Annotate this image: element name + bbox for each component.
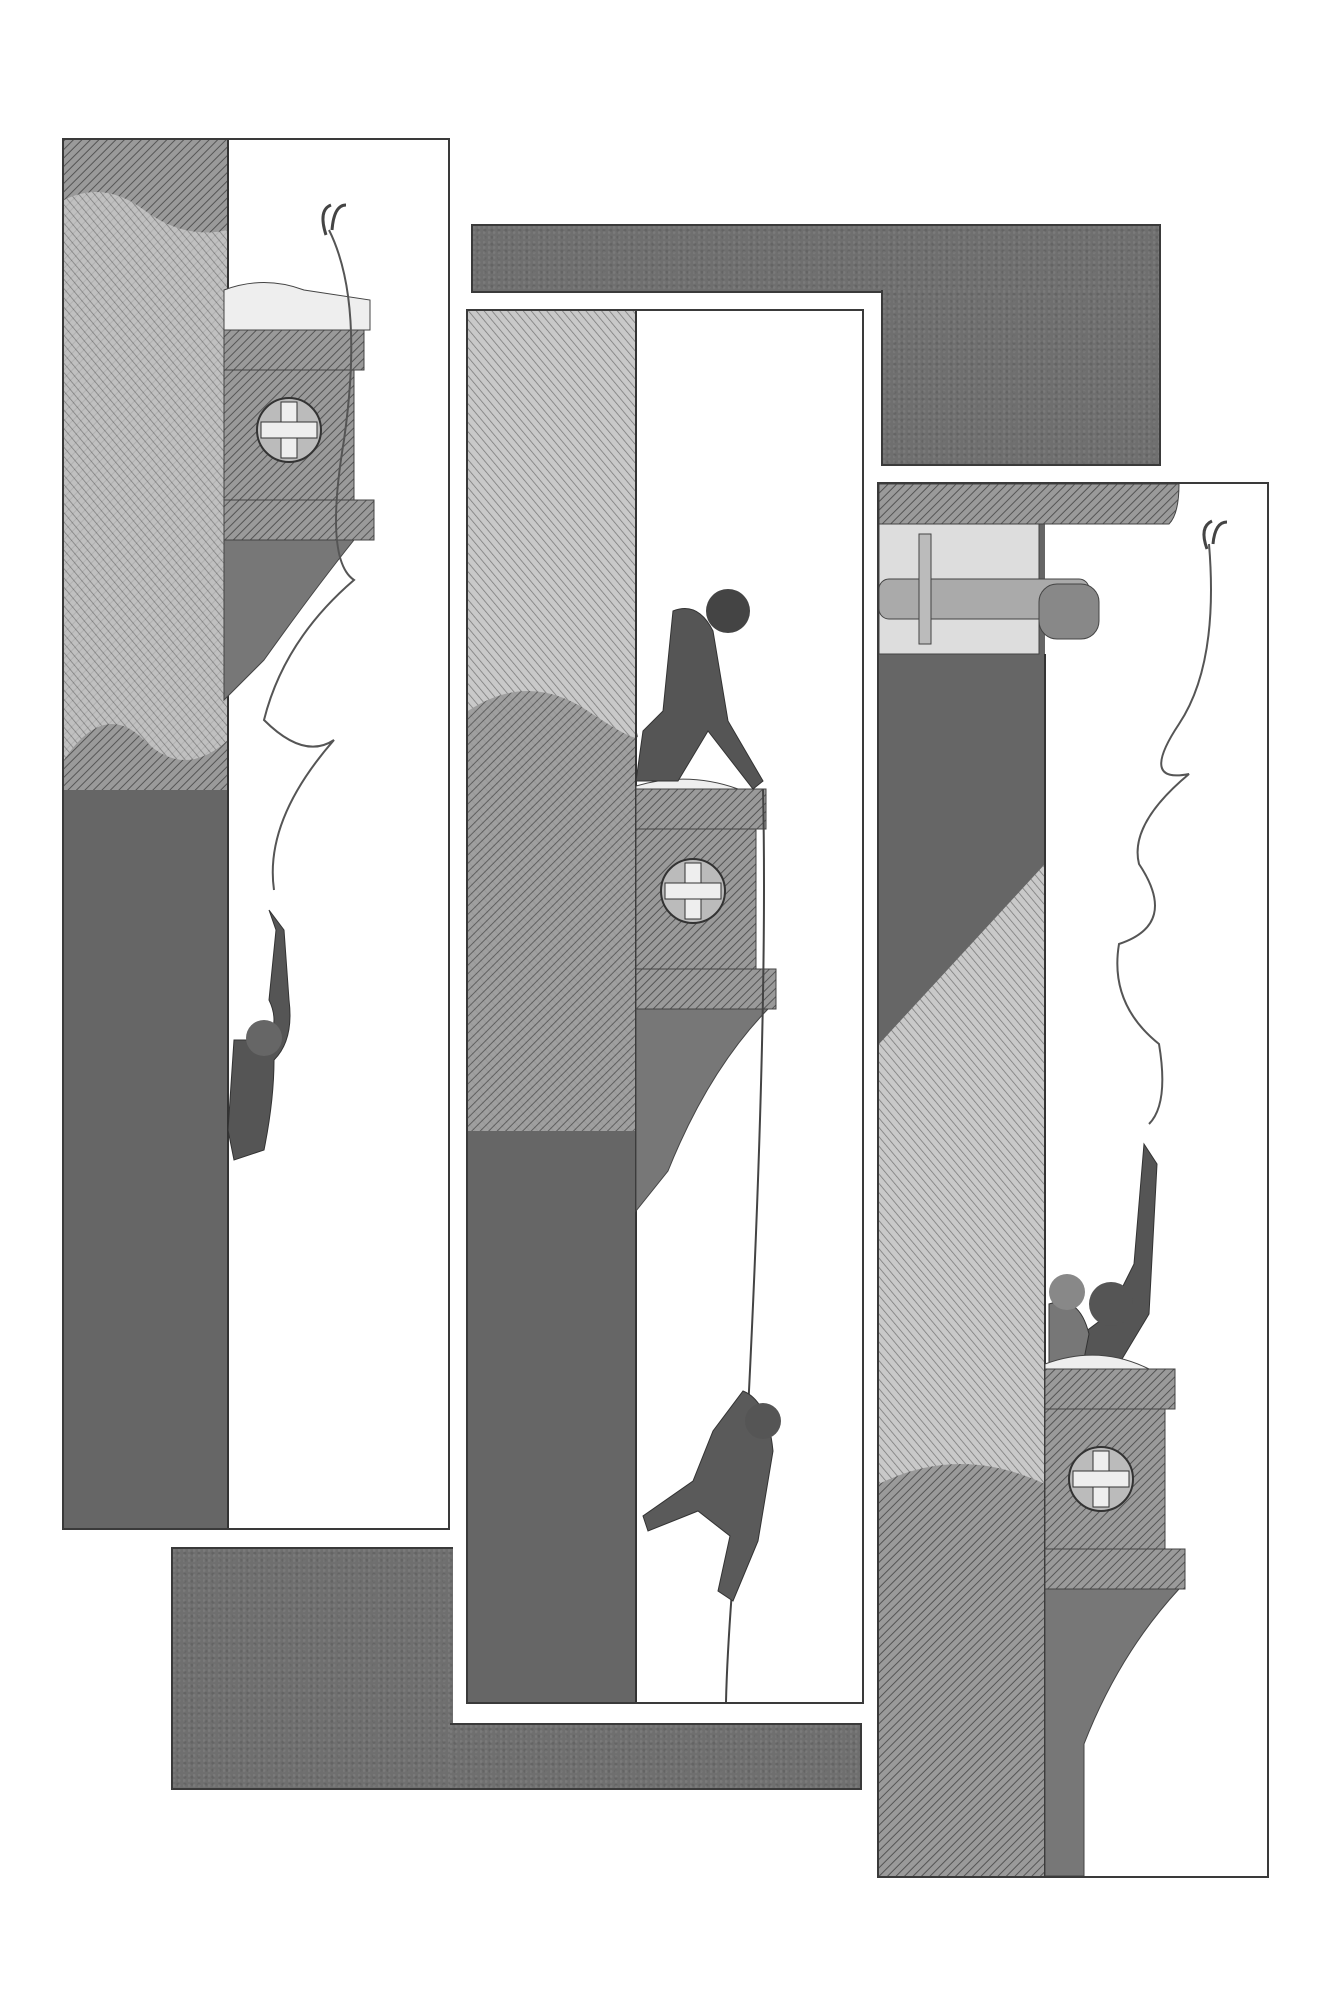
panel-3-art (879, 484, 1267, 1876)
panel-1 (62, 138, 450, 1530)
standing-figures (1049, 1144, 1157, 1384)
grapple-rope (1117, 544, 1211, 1124)
bottom-gray-block-extension (450, 1723, 862, 1790)
top-gray-block-extension (881, 290, 1161, 466)
grapple-hook-icon (323, 205, 346, 235)
rope-climber-figure (643, 1391, 781, 1601)
balcony (1045, 1355, 1185, 1876)
top-gray-block (471, 224, 1161, 293)
panel-3 (877, 482, 1269, 1878)
panel-1-art (64, 140, 448, 1528)
grapple-hook-icon (1204, 521, 1227, 549)
balcony (636, 779, 776, 1211)
bottom-gray-block (171, 1547, 453, 1790)
climber-figure (228, 910, 290, 1160)
kneeling-figure (636, 589, 763, 789)
rooftop-pipes (879, 484, 1179, 654)
panel-2-art (468, 311, 862, 1702)
panel-2 (466, 309, 864, 1704)
